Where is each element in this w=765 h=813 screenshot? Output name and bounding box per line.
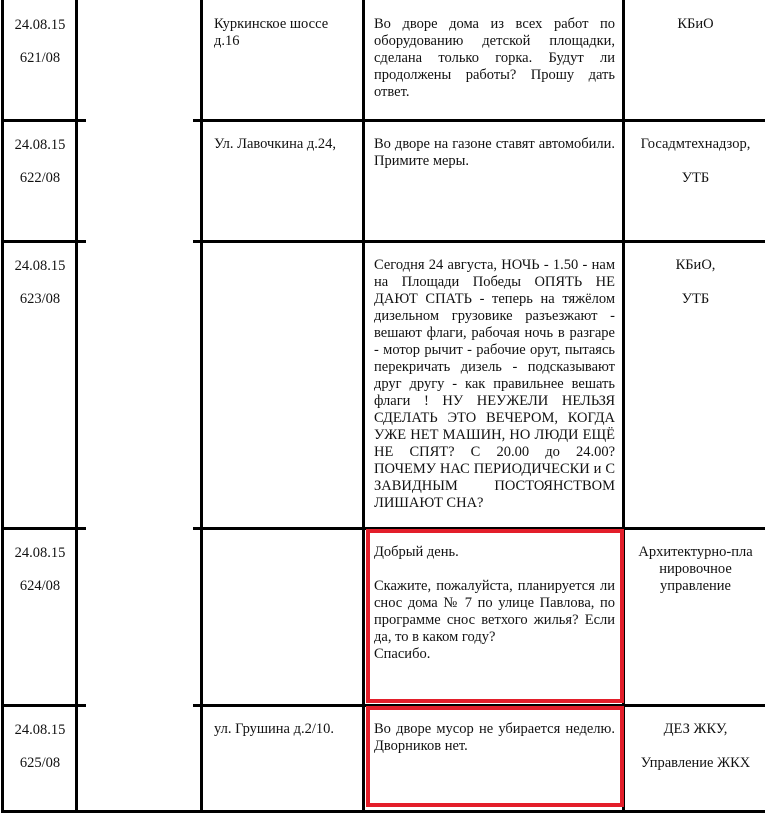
cell-responsible: Архитектурно-пла нировочное управление [629, 530, 762, 705]
responsible-org: ДЕЗ ЖКУ, [629, 721, 762, 738]
cell-address: Ул. Лавочкина д.24, [203, 122, 363, 241]
responsible-org: КБиО [629, 16, 762, 33]
cell-date-number: 24.08.15623/08 [4, 243, 76, 528]
cell-address [203, 243, 363, 528]
registration-number: 623/08 [4, 291, 76, 308]
responsible-org: УТБ [629, 170, 762, 187]
date: 24.08.15 [4, 545, 76, 562]
cell-responsible: ДЕЗ ЖКУ,Управление ЖКХ [629, 707, 762, 811]
responsible-org: Госадмтехнадзор, [629, 136, 762, 153]
date: 24.08.15 [4, 722, 76, 739]
responsible-org: УТБ [629, 291, 762, 308]
cell-address: Куркинское шоссе д.16 [203, 2, 363, 120]
cell-responsible: Госадмтехнадзор,УТБ [629, 122, 762, 241]
complaint-paragraph: Во дворе на газоне ставят автомобили. Пр… [374, 136, 615, 170]
cell-date-number: 24.08.15624/08 [4, 530, 76, 705]
registration-number: 622/08 [4, 170, 76, 187]
complaint-paragraph: Сегодня 24 августа, НОЧЬ - 1.50 - нам на… [374, 257, 615, 512]
cell-complaint-text: Сегодня 24 августа, НОЧЬ - 1.50 - нам на… [365, 243, 623, 528]
cell-complaint-text: Во дворе дома из всех работ по оборудова… [365, 2, 623, 120]
cell-responsible: КБиО,УТБ [629, 243, 762, 528]
responsible-org: Управление ЖКХ [629, 755, 762, 772]
responsible-org: Архитектурно-пла нировочное управление [629, 544, 762, 595]
cell-address [203, 530, 363, 705]
highlight-box [366, 706, 624, 807]
cell-responsible: КБиО [629, 2, 762, 120]
date: 24.08.15 [4, 17, 76, 34]
registration-number: 621/08 [4, 50, 76, 67]
highlight-box [366, 529, 624, 703]
cell-address: ул. Грушина д.2/10. [203, 707, 363, 811]
registration-number: 624/08 [4, 578, 76, 595]
responsible-org: КБиО, [629, 257, 762, 274]
date: 24.08.15 [4, 137, 76, 154]
cell-date-number: 24.08.15622/08 [4, 122, 76, 241]
cell-complaint-text: Во дворе на газоне ставят автомобили. Пр… [365, 122, 623, 241]
complaint-paragraph: Во дворе дома из всех работ по оборудова… [374, 16, 615, 101]
registration-number: 625/08 [4, 755, 76, 772]
cell-date-number: 24.08.15625/08 [4, 707, 76, 811]
date: 24.08.15 [4, 258, 76, 275]
cell-date-number: 24.08.15621/08 [4, 2, 76, 120]
